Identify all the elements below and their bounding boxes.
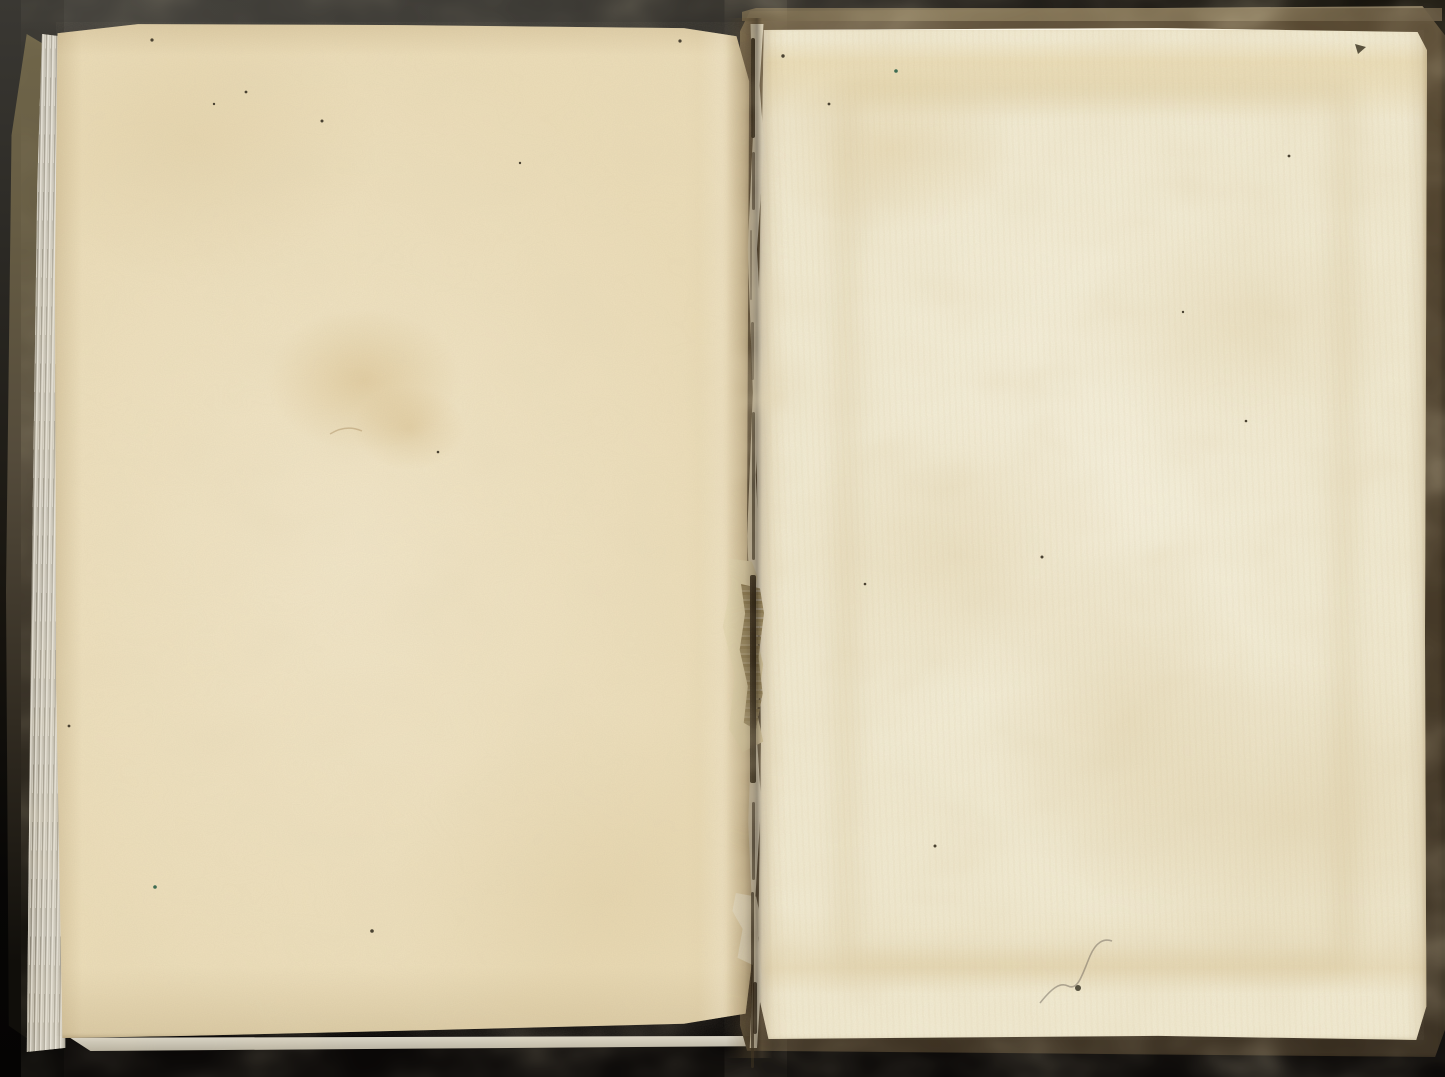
right-blank-page bbox=[755, 28, 1427, 1042]
left-blank-page bbox=[54, 20, 754, 1038]
underlying-page-edge bbox=[70, 1036, 752, 1051]
right-cover-top-bevel bbox=[742, 8, 1442, 21]
stain-frame bbox=[835, 80, 1355, 974]
book-scan-photo bbox=[0, 0, 1445, 1077]
spine-crack bbox=[748, 30, 760, 1045]
